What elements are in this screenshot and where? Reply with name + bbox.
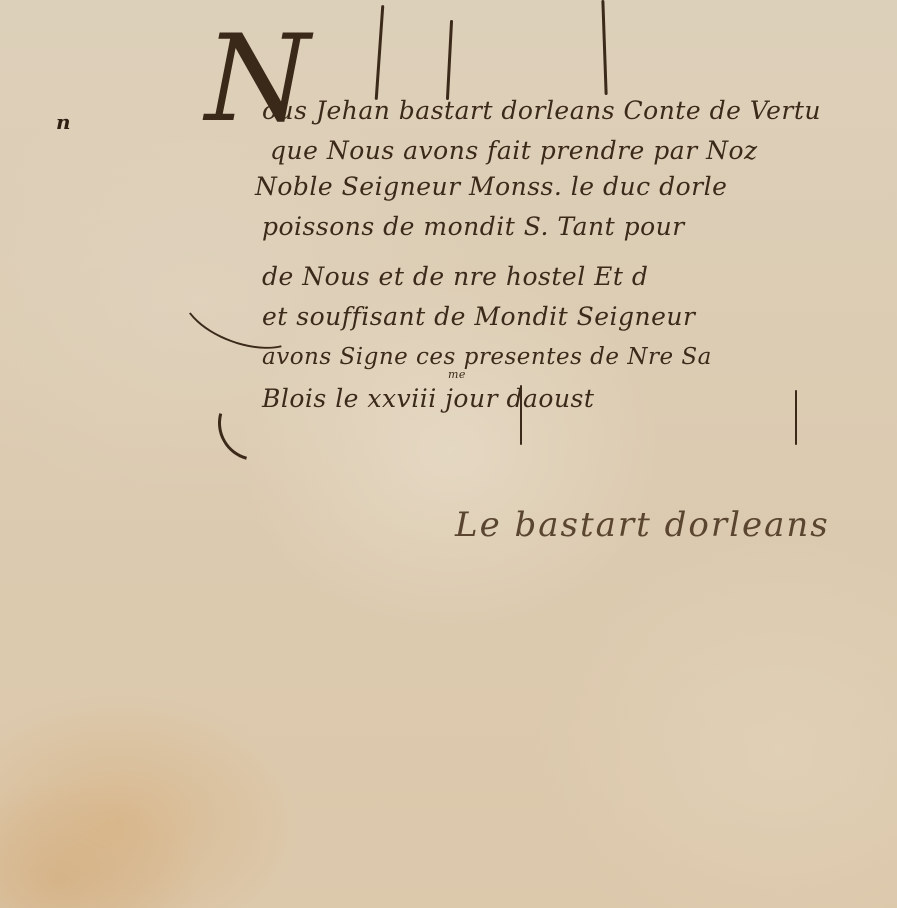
descender-stroke — [795, 390, 797, 445]
text-line-2: que Nous avons fait prendre par Noz — [270, 136, 758, 165]
text-line-3: Noble Seigneur Monss. le duc dorle — [255, 172, 727, 201]
text-line-7: avons Signe ces presentes de Nre Sa — [262, 344, 712, 370]
descender-stroke — [520, 385, 522, 445]
text-line-4: poissons de mondit S. Tant pour — [262, 212, 685, 241]
margin-note: n — [56, 110, 71, 134]
text-line-6: et souffisant de Mondit Seigneur — [262, 302, 695, 331]
signature: Le bastart dorleans — [455, 505, 830, 545]
superscript-me: me — [448, 368, 466, 381]
text-line-5: de Nous et de nre hostel Et d — [262, 262, 648, 291]
text-line-8: Blois le xxviii jour daoust — [262, 384, 594, 413]
text-line-1: ous Jehan bastart dorleans Conte de Vert… — [262, 96, 821, 125]
